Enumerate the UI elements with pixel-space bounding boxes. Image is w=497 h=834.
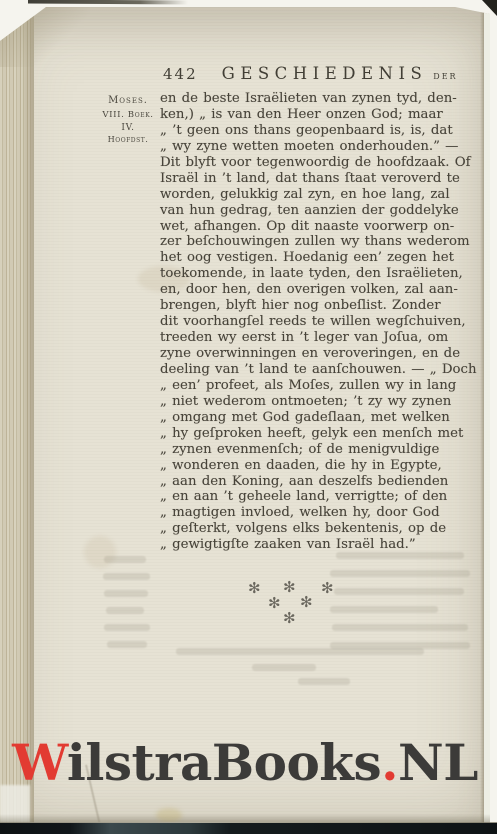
body-line: „ geſterkt, volgens elks bekentenis, op … [160,521,462,537]
next-page-edge [484,7,490,823]
body-line: „ gewigtigſte zaaken van Israël had.” [160,537,462,553]
ornament-star: ✻ [321,581,334,596]
body-line: dit voorhangſel reeds te willen wegſchui… [160,314,462,330]
body-line: worden, gelukkig zal zyn, en hoe lang, z… [160,187,462,203]
body-line: Israël in ’t land, dat thans ſtaat verov… [160,171,462,187]
watermark-name: ilstraBooks [67,733,381,792]
ornament-star: ✻ [300,595,313,610]
body-line: „ zynen evenmenſch; of de menigvuldige [160,442,462,458]
body-line: „ en aan ’t geheele land, verrigtte; of … [160,489,462,505]
body-line: „ hy geſproken heeft, gelyk een menſch m… [160,426,462,442]
body-text: en de beste Israëlieten van zynen tyd, d… [160,91,462,553]
body-line: wet, afhangen. Op dit naaste voorwerp on… [160,219,462,235]
margin-note: Moses. [97,93,159,108]
body-line: „ ’t geen ons thans geopenbaard is, is, … [160,123,462,139]
body-line: toekomende, in laate tyden, den Israëlie… [160,266,462,282]
body-line: „ aan den Koning, aan deszelfs bedienden [160,474,462,490]
running-head: 442GESCHIEDENISder [163,64,453,86]
body-line: „ wy zyne wetten moeten onderhouden.” — [160,139,462,155]
watermark-dot: . [381,733,398,792]
body-line: „ wonderen en daaden, die hy in Egypte, [160,458,462,474]
body-line: „ een’ profeet, als Moſes, zullen wy in … [160,378,462,394]
ornament-star: ✻ [283,580,296,595]
body-line: van hun gedrag, ten aanzien der goddelyk… [160,203,462,219]
body-line: „ niet wederom ontmoeten; ’t zy wy zynen [160,394,462,410]
running-head-suffix: der [433,69,457,82]
body-line: het oog vestigen. Hoedanig een’ zegen he… [160,250,462,266]
page-number: 442 [163,65,198,83]
photo-bottom-strip [0,823,497,834]
ornament-star: ✻ [283,611,296,626]
body-line: en, door hen, den overigen volken, zal a… [160,282,462,298]
body-line: zer beſchouwingen zullen wy thans wedero… [160,234,462,250]
margin-note: VIII. Boek. [97,108,159,122]
body-line: zyne overwinningen en veroveringen, en d… [160,346,462,362]
body-line: „ magtigen invloed, welken hy, door God [160,505,462,521]
body-line: „ omgang met God gadeſlaan, met welken [160,410,462,426]
margin-notes: Moses. VIII. Boek. IV. Hoofdst. [97,93,159,145]
watermark-tld: NL [398,733,478,792]
book-page-photo: 442GESCHIEDENISder Moses. VIII. Boek. IV… [0,0,497,834]
body-line: brengen, blyft hier nog onbeſlist. Zonde… [160,298,462,314]
page-corner-shade [0,7,90,67]
ornament-star: ✻ [268,596,281,611]
body-line: Dit blyft voor tegenwoordig de hoofdzaak… [160,155,462,171]
body-line: en de beste Israëlieten van zynen tyd, d… [160,91,462,107]
body-line: ken,) „ is van den Heer onzen God; maar [160,107,462,123]
body-line: treeden wy eerst in ’t leger van Joſua, … [160,330,462,346]
body-line: deeling van ’t land te aanſchouwen. — „ … [160,362,462,378]
margin-note: IV. [97,122,159,134]
margin-note: Hoofdst. [97,134,159,145]
photo-top-edge-shadow [28,0,188,5]
watermark: WilstraBooks.NL [0,738,490,788]
running-head-title: GESCHIEDENIS [222,64,428,83]
page-stack-fore-edge [0,7,34,823]
ornament-star: ✻ [248,581,261,596]
watermark-initial: W [12,733,67,792]
